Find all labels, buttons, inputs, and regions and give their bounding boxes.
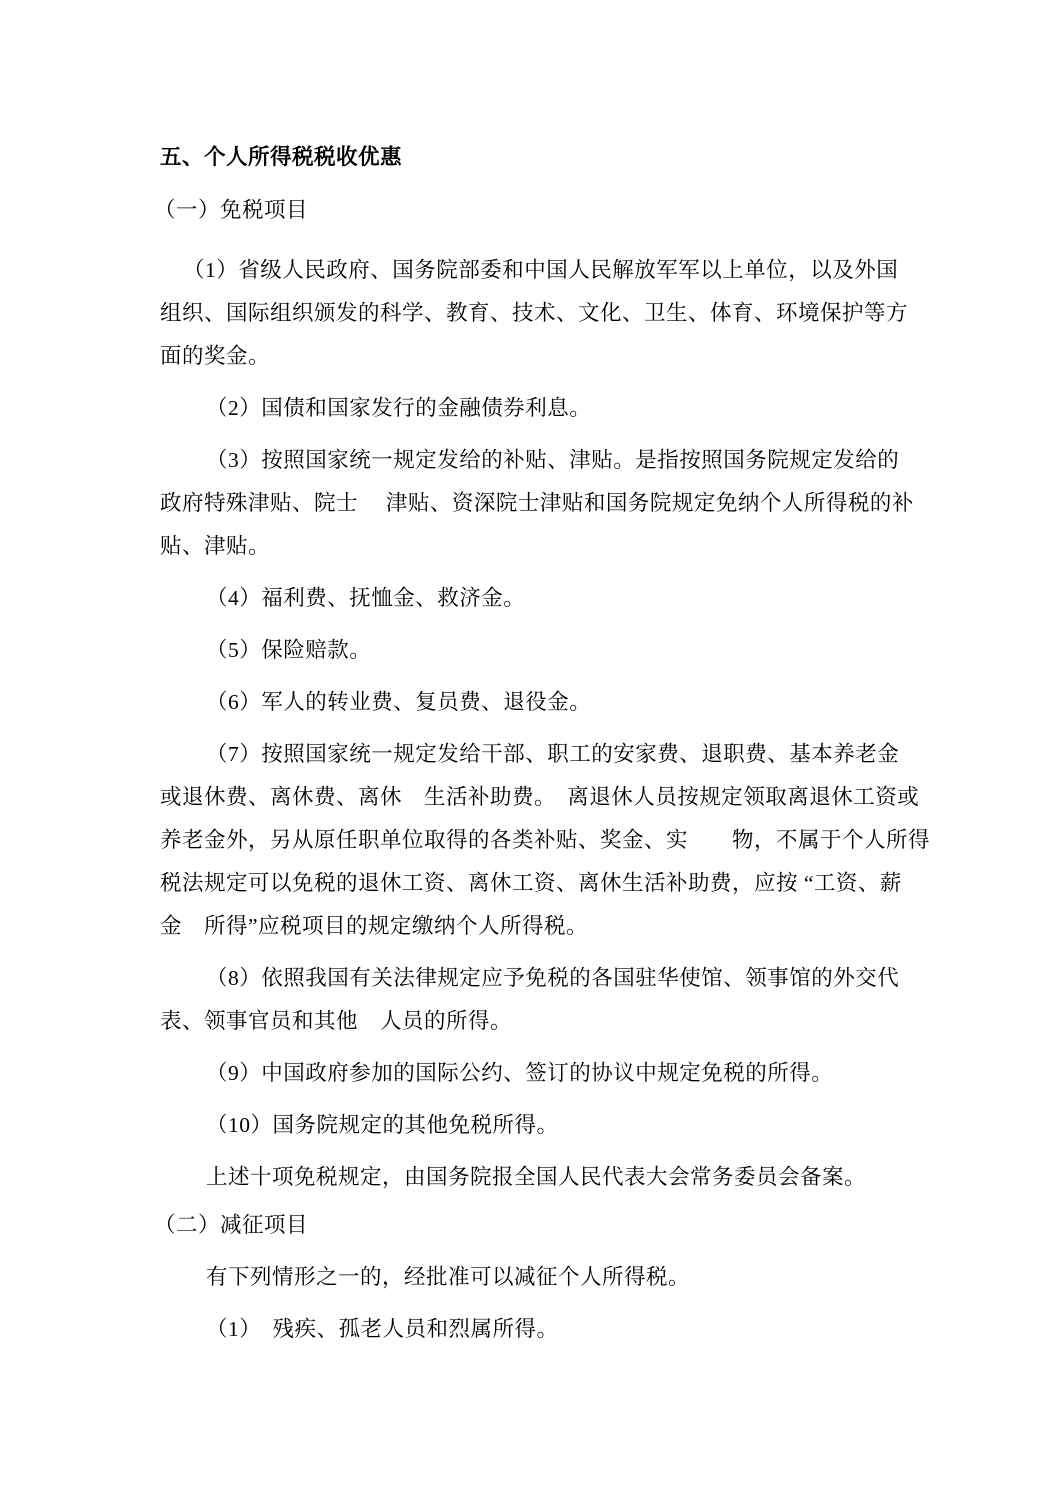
paragraph-line: （6）军人的转业费、复员费、退役金。 bbox=[160, 681, 940, 724]
section: （一）免税项目（1）省级人民政府、国务院部委和中国人民解放军军以上单位，以及外国… bbox=[160, 189, 940, 1199]
paragraph-line: （7）按照国家统一规定发给干部、职工的安家费、退职费、基本养老金 bbox=[160, 733, 940, 776]
paragraph-line: 表、领事官员和其他 人员的所得。 bbox=[160, 1000, 940, 1043]
section: （二）减征项目有下列情形之一的，经批准可以减征个人所得税。（1） 残疾、孤老人员… bbox=[160, 1204, 940, 1351]
paragraph-line: （2）国债和国家发行的金融债券利息。 bbox=[160, 387, 940, 430]
paragraph-line: （10）国务院规定的其他免税所得。 bbox=[160, 1104, 940, 1147]
paragraph: （4）福利费、抚恤金、救济金。 bbox=[160, 577, 940, 620]
document-title: 五、个人所得税税收优惠 bbox=[160, 136, 940, 179]
paragraph-line: （1） 残疾、孤老人员和烈属所得。 bbox=[160, 1308, 940, 1351]
paragraph-line: 政府特殊津贴、院士 津贴、资深院士津贴和国务院规定免纳个人所得税的补 bbox=[160, 482, 940, 525]
paragraph: （1） 残疾、孤老人员和烈属所得。 bbox=[160, 1308, 940, 1351]
paragraph-line: （8）依照我国有关法律规定应予免税的各国驻华使馆、领事馆的外交代 bbox=[160, 957, 940, 1000]
paragraph-line: 贴、津贴。 bbox=[160, 525, 940, 568]
document-sections: （一）免税项目（1）省级人民政府、国务院部委和中国人民解放军军以上单位，以及外国… bbox=[160, 189, 940, 1351]
paragraph: （5）保险赔款。 bbox=[160, 629, 940, 672]
paragraph-line: （9）中国政府参加的国际公约、签订的协议中规定免税的所得。 bbox=[160, 1052, 940, 1095]
paragraph-line: 上述十项免税规定，由国务院报全国人民代表大会常务委员会备案。 bbox=[160, 1156, 940, 1199]
document-page: 五、个人所得税税收优惠 （一）免税项目（1）省级人民政府、国务院部委和中国人民解… bbox=[0, 0, 1059, 1497]
paragraph: （10）国务院规定的其他免税所得。 bbox=[160, 1104, 940, 1147]
paragraph: （8）依照我国有关法律规定应予免税的各国驻华使馆、领事馆的外交代表、领事官员和其… bbox=[160, 957, 940, 1043]
paragraph-line: （1）省级人民政府、国务院部委和中国人民解放军军以上单位，以及外国 bbox=[160, 249, 940, 292]
paragraph: （6）军人的转业费、复员费、退役金。 bbox=[160, 681, 940, 724]
paragraph-line: （5）保险赔款。 bbox=[160, 629, 940, 672]
paragraph-line: 面的奖金。 bbox=[160, 335, 940, 378]
paragraph-line: 或退休费、离休费、离休 生活补助费。 离退休人员按规定领取离退休工资或 bbox=[160, 776, 940, 819]
paragraph-line: 有下列情形之一的，经批准可以减征个人所得税。 bbox=[160, 1256, 940, 1299]
paragraph-line: 税法规定可以免税的退休工资、离休工资、离休生活补助费，应按 “工资、薪 bbox=[160, 862, 940, 905]
paragraph: （2）国债和国家发行的金融债券利息。 bbox=[160, 387, 940, 430]
document-content: 五、个人所得税税收优惠 （一）免税项目（1）省级人民政府、国务院部委和中国人民解… bbox=[160, 0, 940, 1351]
paragraph: （9）中国政府参加的国际公约、签订的协议中规定免税的所得。 bbox=[160, 1052, 940, 1095]
paragraph-line: 组织、国际组织颁发的科学、教育、技术、文化、卫生、体育、环境保护等方 bbox=[160, 292, 940, 335]
paragraph: （3）按照国家统一规定发给的补贴、津贴。是指按照国务院规定发给的政府特殊津贴、院… bbox=[160, 439, 940, 568]
paragraph-line: （3）按照国家统一规定发给的补贴、津贴。是指按照国务院规定发给的 bbox=[160, 439, 940, 482]
paragraph-line: （4）福利费、抚恤金、救济金。 bbox=[160, 577, 940, 620]
section-heading: （二）减征项目 bbox=[154, 1204, 940, 1247]
paragraph: （7）按照国家统一规定发给干部、职工的安家费、退职费、基本养老金或退休费、离休费… bbox=[160, 733, 940, 948]
paragraph: 有下列情形之一的，经批准可以减征个人所得税。 bbox=[160, 1256, 940, 1299]
paragraph-line: 养老金外，另从原任职单位取得的各类补贴、奖金、实 物，不属于个人所得 bbox=[160, 819, 940, 862]
paragraph-line: 金 所得”应税项目的规定缴纳个人所得税。 bbox=[160, 905, 940, 948]
section-heading: （一）免税项目 bbox=[154, 189, 940, 232]
paragraph: （1）省级人民政府、国务院部委和中国人民解放军军以上单位，以及外国组织、国际组织… bbox=[160, 249, 940, 378]
paragraph: 上述十项免税规定，由国务院报全国人民代表大会常务委员会备案。 bbox=[160, 1156, 940, 1199]
